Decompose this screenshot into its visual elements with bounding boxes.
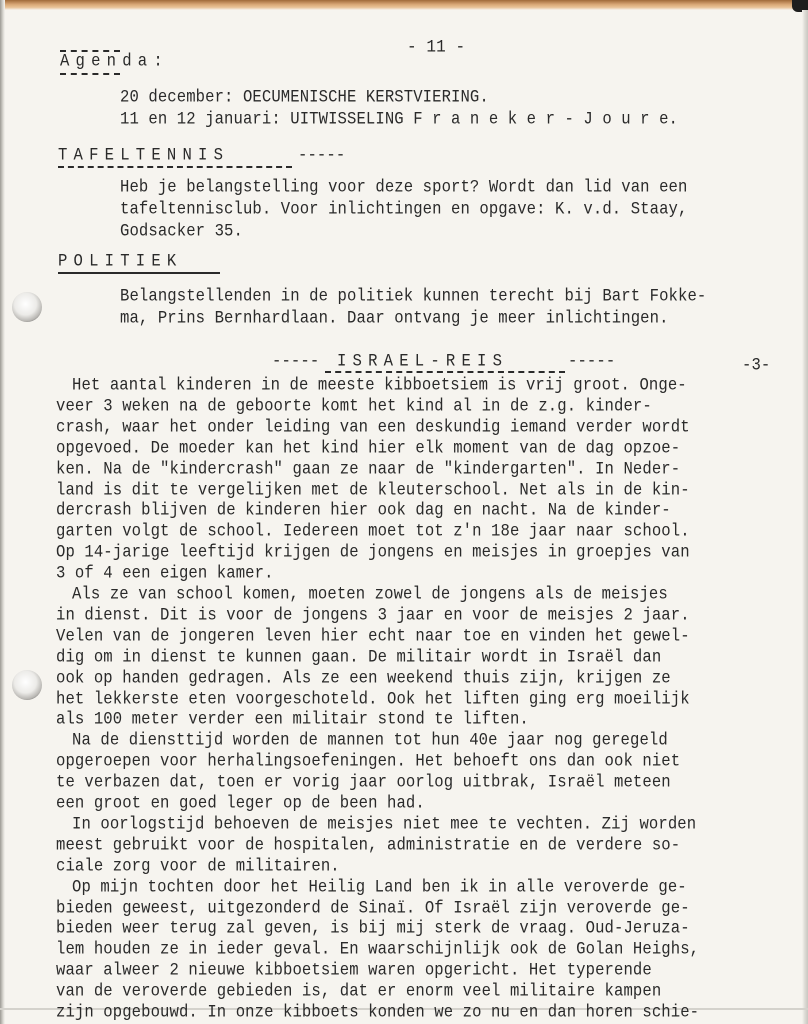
- text-line: waar alweer 2 nieuwe kibboetsiem waren o…: [56, 959, 652, 981]
- tafeltennis-heading: TAFELTENNIS: [58, 144, 229, 166]
- agenda-heading: Agenda:: [60, 50, 169, 72]
- text-line: Op mijn tochten door het Heilig Land ben…: [72, 876, 687, 898]
- text-line: Het aantal kinderen in de meeste kibboet…: [72, 374, 687, 396]
- text-line: opgeroepen voor herhalingsoefeningen. He…: [56, 750, 680, 772]
- heading-underline: [58, 272, 220, 274]
- text-line: te verbazen dat, toen er vorig jaar oorl…: [56, 771, 671, 793]
- text-line: lem houden ze in ieder geval. En waarsch…: [56, 938, 699, 960]
- heading-underline: [325, 371, 565, 373]
- text-line: crash, waar het onder leiding van een de…: [56, 416, 690, 438]
- document-page: - 11 - Agenda: 20 december: OECUMENISCHE…: [0, 0, 808, 1024]
- page-number: - 11 -: [407, 36, 465, 58]
- paper-right-edge: [802, 10, 808, 1024]
- text-line: bieden weer terug zal geven, is bij mij …: [56, 917, 690, 939]
- text-line: garten volgt de school. Iedereen moet to…: [56, 520, 690, 542]
- text-line: Belangstellenden in de politiek kunnen t…: [120, 285, 706, 307]
- punch-hole-icon: [12, 670, 42, 700]
- text-line: land is dit te vergelijken met de kleute…: [56, 479, 690, 501]
- punch-hole-icon: [12, 292, 42, 322]
- paper-top-edge: [0, 0, 808, 10]
- text-line: Godsacker 35.: [120, 220, 243, 242]
- text-line: van de veroverde gebieden is, dat er eno…: [56, 980, 661, 1002]
- heading-underline: [60, 73, 120, 75]
- text-line: meest gebruikt voor de hospitalen, admin…: [56, 834, 680, 856]
- agenda-item: 11 en 12 januari: UITWISSELING F r a n e…: [120, 108, 678, 130]
- text-line: opgevoed. De moeder kan het kind hier el…: [56, 437, 680, 459]
- text-line: in dienst. Dit is voor de jongens 3 jaar…: [56, 604, 690, 626]
- text-line: ook op handen gedragen. Als ze een weeke…: [56, 667, 671, 689]
- text-line: Als ze van school komen, moeten zowel de…: [72, 583, 668, 605]
- heading-trailing-dashes: -----: [298, 144, 345, 166]
- heading-trailing-dashes: -----: [568, 350, 615, 372]
- text-line: een groot en goed leger op de been had.: [56, 792, 425, 814]
- text-line: Op 14-jarige leeftijd krijgen de jongens…: [56, 541, 690, 563]
- text-line: 3 of 4 een eigen kamer.: [56, 562, 274, 584]
- text-line: tafeltennisclub. Voor inlichtingen en op…: [120, 198, 687, 220]
- agenda-item: 20 december: OECUMENISCHE KERSTVIERING.: [120, 86, 489, 108]
- heading-underline: [58, 166, 292, 168]
- text-line: dig om in dienst te kunnen gaan. De mili…: [56, 646, 661, 668]
- text-line: In oorlogstijd behoeven de meisjes niet …: [72, 813, 696, 835]
- text-line: ciale zorg voor de militairen.: [56, 855, 340, 877]
- politiek-heading: POLITIEK: [58, 250, 182, 272]
- text-line: veer 3 weken na de geboorte komt het kin…: [56, 395, 652, 417]
- text-line: zijn opgebouwd. In onze kibboets konden …: [56, 1001, 699, 1023]
- heading-leading-dashes: -----: [272, 350, 319, 372]
- text-line: ma, Prins Bernhardlaan. Daar ontvang je …: [120, 307, 669, 329]
- section-number: -3-: [742, 354, 770, 376]
- text-line: als 100 meter verder een militair stond …: [56, 708, 529, 730]
- text-line: Na de diensttijd worden de mannen tot hu…: [72, 729, 668, 751]
- paper-left-edge: [0, 0, 5, 1024]
- text-line: bieden geweest, uitgezonderd de Sinaï. O…: [56, 897, 690, 919]
- text-line: dercrash blijven de kinderen hier ook da…: [56, 499, 671, 521]
- text-line: ken. Na de "kindercrash" gaan ze naar de…: [56, 458, 680, 480]
- israel-reis-heading: ISRAEL-REIS: [337, 350, 508, 372]
- text-line: Velen van de jongeren leven hier echt na…: [56, 625, 690, 647]
- text-line: Heb je belangstelling voor deze sport? W…: [120, 176, 687, 198]
- text-line: het lekkerste eten voorgeschoteld. Ook h…: [56, 688, 690, 710]
